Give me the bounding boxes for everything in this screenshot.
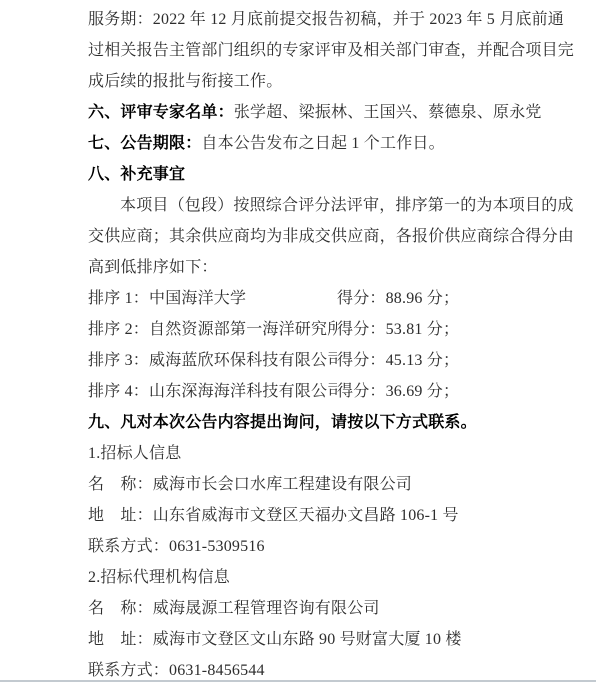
ranking-1-supplier: 排序 1：中国海洋大学 xyxy=(88,285,337,308)
agency-name-line: 名 称：威海晟源工程管理咨询有限公司 xyxy=(88,591,526,622)
ranking-2-score: 得分：53.81 分； xyxy=(337,316,459,339)
section6-expert-names: 张学超、梁振林、王国兴、蔡德泉、原永党 xyxy=(234,99,542,122)
tenderer-name-line: 名 称：威海市长会口水库工程建设有限公司 xyxy=(88,467,526,498)
ranking-1-score: 得分：88.96 分； xyxy=(337,285,459,308)
section6-experts-line: 六、评审专家名单：张学超、梁振林、王国兴、蔡德泉、原永党 xyxy=(88,95,526,126)
announcement-document: 服务期：2022 年 12 月底前提交报告初稿，并于 2023 年 5 月底前通… xyxy=(0,0,596,682)
ranking-3-score: 得分：45.13 分； xyxy=(337,347,459,370)
agency-address: 地 址：威海市文登区文山东路 90 号财富大厦 10 楼 xyxy=(88,626,462,649)
agency-title: 2.招标代理机构信息 xyxy=(88,564,230,587)
section8-heading-line: 八、补充事宜 xyxy=(88,157,526,188)
ranking-row-3: 排序 3：威海蓝欣环保科技有限公司得分：45.13 分； xyxy=(88,343,526,374)
tenderer-name: 名 称：威海市长会口水库工程建设有限公司 xyxy=(88,471,412,494)
service-period-line-2: 过相关报告主管部门组织的专家评审及相关部门审查，并配合项目完 xyxy=(88,33,526,64)
service-period-line-1: 服务期：2022 年 12 月底前提交报告初稿，并于 2023 年 5 月底前通 xyxy=(88,2,526,33)
section7-heading: 七、公告期限： xyxy=(88,130,201,153)
tenderer-contact-line: 联系方式：0631-5309516 xyxy=(88,529,526,560)
service-period-line-3: 成后续的报批与衔接工作。 xyxy=(88,64,526,95)
ranking-4-score: 得分：36.69 分； xyxy=(337,378,459,401)
section6-heading: 六、评审专家名单： xyxy=(88,99,234,122)
section9-heading: 九、凡对本次公告内容提出询问，请按以下方式联系。 xyxy=(88,409,477,432)
tenderer-title: 1.招标人信息 xyxy=(88,440,181,463)
section8-paragraph-line-3: 高到低排序如下： xyxy=(88,250,526,281)
service-period-text-1: 服务期：2022 年 12 月底前提交报告初稿，并于 2023 年 5 月底前通 xyxy=(88,6,564,29)
section8-paragraph-text-1: 本项目（包段）按照综合评分法评审，排序第一的为本项目的成 xyxy=(120,192,574,215)
section8-paragraph-line-1: 本项目（包段）按照综合评分法评审，排序第一的为本项目的成 xyxy=(88,188,526,219)
agency-name: 名 称：威海晟源工程管理咨询有限公司 xyxy=(88,595,380,618)
tenderer-address: 地 址：山东省威海市文登区天福办文昌路 106-1 号 xyxy=(88,502,459,525)
section9-heading-line: 九、凡对本次公告内容提出询问，请按以下方式联系。 xyxy=(88,405,526,436)
section8-paragraph-text-2: 交供应商；其余供应商均为非成交供应商，各报价供应商综合得分由 xyxy=(88,223,574,246)
ranking-4-supplier: 排序 4：山东深海海洋科技有限公司 xyxy=(88,378,337,401)
section8-heading: 八、补充事宜 xyxy=(88,161,185,184)
service-period-text-3: 成后续的报批与衔接工作。 xyxy=(88,68,282,91)
tenderer-title-line: 1.招标人信息 xyxy=(88,436,526,467)
tenderer-address-line: 地 址：山东省威海市文登区天福办文昌路 106-1 号 xyxy=(88,498,526,529)
ranking-3-supplier: 排序 3：威海蓝欣环保科技有限公司 xyxy=(88,347,337,370)
ranking-row-1: 排序 1：中国海洋大学得分：88.96 分； xyxy=(88,281,526,312)
section7-content: 自本公告发布之日起 1 个工作日。 xyxy=(201,130,444,153)
section8-paragraph-line-2: 交供应商；其余供应商均为非成交供应商，各报价供应商综合得分由 xyxy=(88,219,526,250)
ranking-row-2: 排序 2：自然资源部第一海洋研究所得分：53.81 分； xyxy=(88,312,526,343)
tenderer-contact: 联系方式：0631-5309516 xyxy=(88,533,265,556)
agency-contact-line: 联系方式：0631-8456544 xyxy=(88,653,526,682)
agency-address-line: 地 址：威海市文登区文山东路 90 号财富大厦 10 楼 xyxy=(88,622,526,653)
service-period-text-2: 过相关报告主管部门组织的专家评审及相关部门审查，并配合项目完 xyxy=(88,37,574,60)
section7-notice-period-line: 七、公告期限：自本公告发布之日起 1 个工作日。 xyxy=(88,126,526,157)
section8-paragraph-text-3: 高到低排序如下： xyxy=(88,254,218,277)
agency-contact: 联系方式：0631-8456544 xyxy=(88,657,265,680)
agency-title-line: 2.招标代理机构信息 xyxy=(88,560,526,591)
ranking-row-4: 排序 4：山东深海海洋科技有限公司得分：36.69 分； xyxy=(88,374,526,405)
ranking-2-supplier: 排序 2：自然资源部第一海洋研究所 xyxy=(88,316,337,339)
